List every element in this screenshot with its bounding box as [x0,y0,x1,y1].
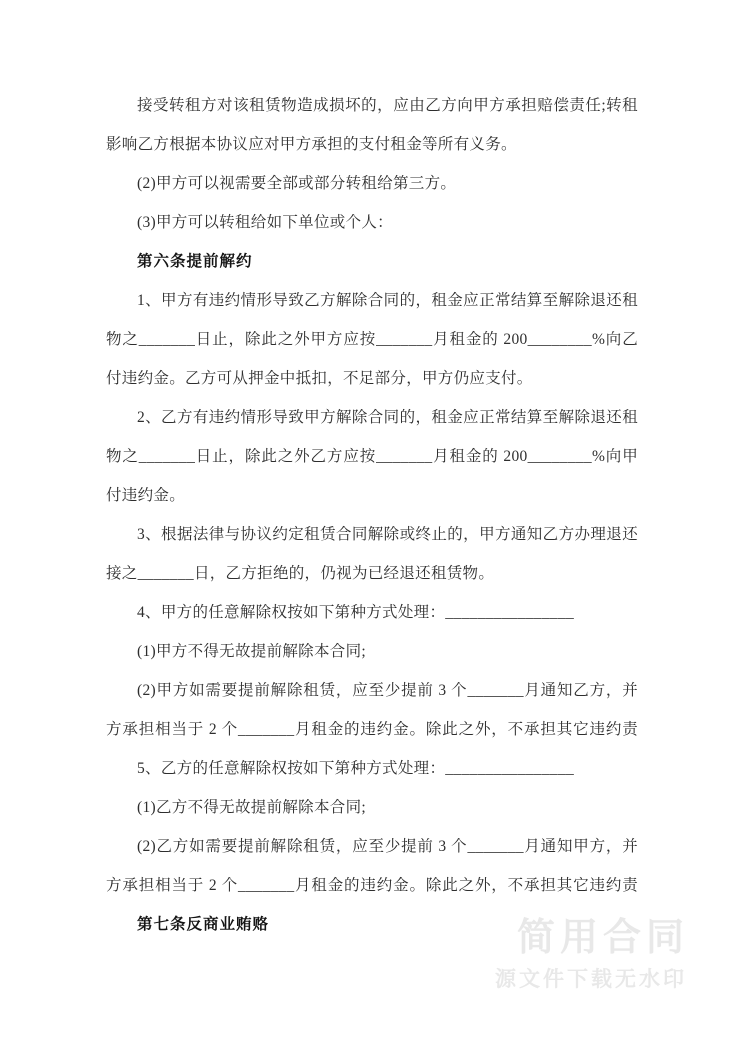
contract-text-line: (2)甲方可以视需要全部或部分转租给第三方。 [106,164,638,203]
watermark-brand-text: 简用合同 [495,919,689,957]
contract-text-line: 方承担相当于 2 个_______月租金的违约金。除此之外，不承担其它违约责任。 [106,866,638,905]
contract-text-line: 3、根据法律与协议约定租赁合同解除或终止的，甲方通知乙方办理退还交 [106,515,638,554]
contract-text-line: 付违约金。乙方可从押金中抵扣，不足部分，甲方仍应支付。 [106,359,638,398]
contract-text-line: 方承担相当于 2 个_______月租金的违约金。除此之外，不承担其它违约责任。 [106,710,638,749]
contract-body: 接受转租方对该租赁物造成损坏的，应由乙方向甲方承担赔偿责任;转租不影响乙方根据本… [106,86,638,944]
contract-text-line: 2、乙方有违约情形导致甲方解除合同的，租金应正常结算至解除退还租赁 [106,398,638,437]
contract-text-line: 影响乙方根据本协议应对甲方承担的支付租金等所有义务。 [106,125,638,164]
contract-text-line: 物之_______日止，除此之外乙方应按_______月租金的 200_____… [106,437,638,476]
contract-text-line: 付违约金。 [106,476,638,515]
contract-text-line: 4、甲方的任意解除权按如下第种方式处理：________________ [106,593,638,632]
section-heading-article-6: 第六条提前解约 [106,242,638,281]
contract-text-line: (3)甲方可以转租给如下单位或个人： [106,203,638,242]
contract-text-line: (1)乙方不得无故提前解除本合同; [106,788,638,827]
watermark: 简用合同 源文件下载无水印 [495,919,684,990]
document-page: 接受转租方对该租赁物造成损坏的，应由乙方向甲方承担赔偿责任;转租不影响乙方根据本… [0,0,742,1049]
contract-text-line: 接受转租方对该租赁物造成损坏的，应由乙方向甲方承担赔偿责任;转租不 [106,86,638,125]
contract-text-line: 5、乙方的任意解除权按如下第种方式处理：________________ [106,749,638,788]
watermark-tagline-text: 源文件下载无水印 [495,969,687,990]
contract-text-line: (1)甲方不得无故提前解除本合同; [106,632,638,671]
contract-text-line: (2)乙方如需要提前解除租赁，应至少提前 3 个_______月通知甲方，并向甲 [106,827,638,866]
contract-text-line: 接之_______日，乙方拒绝的，仍视为已经退还租赁物。 [106,554,638,593]
contract-text-line: (2)甲方如需要提前解除租赁，应至少提前 3 个_______月通知乙方，并向乙 [106,671,638,710]
contract-text-line: 1、甲方有违约情形导致乙方解除合同的，租金应正常结算至解除退还租赁 [106,281,638,320]
contract-text-line: 物之_______日止，除此之外甲方应按_______月租金的 200_____… [106,320,638,359]
